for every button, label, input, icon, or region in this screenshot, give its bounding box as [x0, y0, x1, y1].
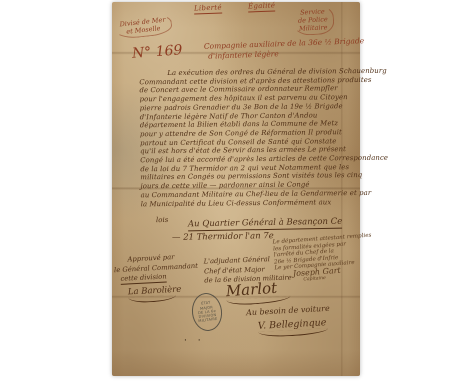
corps-right-line3: Militaire [298, 23, 328, 33]
photo-canvas: { "colors": { "paper": "#c4a87d", "red_i… [0, 0, 468, 382]
transport-note: Au besoin de voiture [246, 304, 330, 317]
motto-liberte-text: Liberté [194, 4, 222, 15]
staff-oval-stamp: ÉTAT MAJOR DE LA 6e DIVISION MILITAIRE [190, 291, 224, 332]
document-number: N° 169 [132, 42, 183, 61]
transport-signature: V. Belleginque [258, 317, 329, 338]
corps-left-cartouche: Divisé de Mer et Moselle [113, 13, 173, 40]
approval-block: Approuvé par le Général Commandant cette… [113, 252, 198, 285]
dateline-date: — 21 Thermidor l'an 7e [172, 231, 274, 243]
body-text: La exécution des ordres du Général de di… [139, 67, 388, 209]
general-signature: La Barolière [128, 285, 182, 304]
body-line: la Municipalité du Lieu Ci-dessus Confor… [141, 197, 389, 208]
unit-heading: Compagnie auxiliaire de la 36e ½ Brigade… [204, 36, 365, 62]
corps-right-cartouche: Service de Police Militaire [291, 5, 334, 36]
dateline-prefix: lois [156, 216, 168, 224]
dateline-place: Au Quartier Général à Besançon Ce [188, 217, 342, 230]
motto-egalite-text: Égalité [248, 2, 276, 13]
adjutant-signature-text: Marlot [225, 279, 277, 301]
dateline-place-text: Au Quartier Général à Besançon Ce [188, 217, 342, 232]
motto-liberte: Liberté [194, 4, 222, 13]
ink-dots: · · [184, 336, 205, 346]
manuscript-paper: Liberté Égalité Service de Police Milita… [112, 2, 360, 376]
stamp-line: MILITAIRE [198, 317, 218, 324]
approval-line3-text: cette division [120, 272, 167, 284]
motto-egalite: Égalité [248, 2, 276, 11]
adjutant-signature: Marlot [225, 278, 291, 306]
